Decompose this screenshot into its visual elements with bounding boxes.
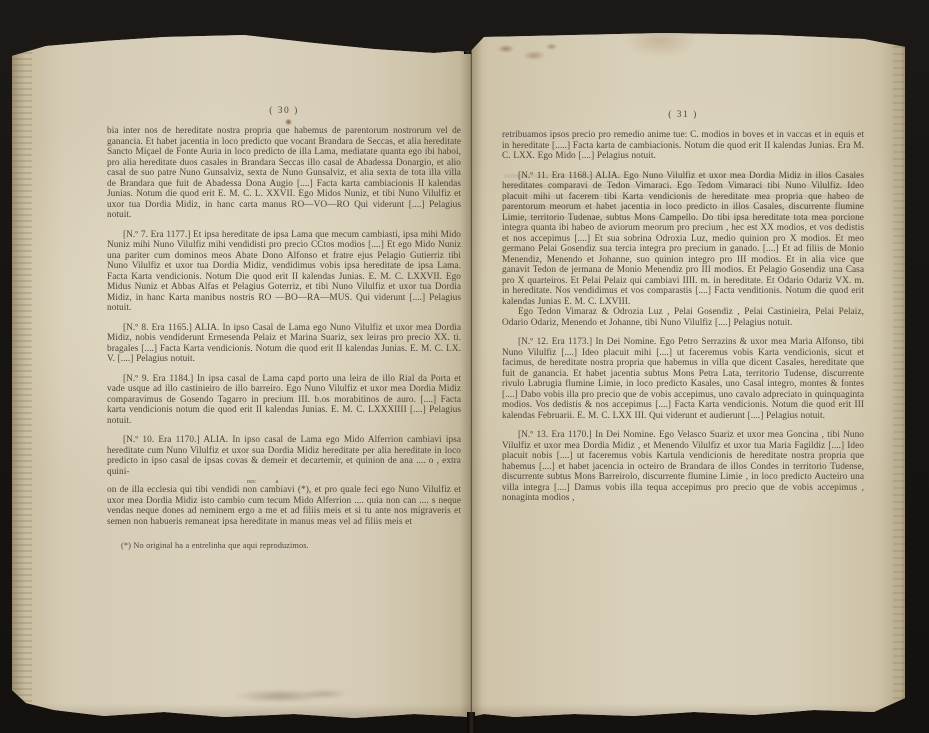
page-stack-left-edge [12,48,32,702]
charter-entry-10: [N.º 10. Era 1170.] ALIA. In ipso casal … [107,435,461,477]
charter-continuation: retribuamos ipsos precio pro remedio ani… [502,130,864,162]
page-bottom-edge-shadow [12,704,470,720]
photo-background: ( 30 ) bia inter nos de hereditate nostr… [0,0,929,733]
right-page-number: ( 31 ) [502,110,864,120]
charter-continuation: bia inter nos de hereditate nostra propr… [107,126,461,221]
charter-entry-13: [N.º 13. Era 1170.] In Dei Nomine. Ego V… [502,430,864,504]
open-book: ( 30 ) bia inter nos de hereditate nostr… [12,22,905,720]
left-page-number: ( 30 ) [107,106,461,116]
charter-entry-11-witnesses: Ego Tedon Vimaraz & Odrozia Luz , Pelai … [502,307,864,328]
binding-cord-top [464,22,471,54]
charter-entry-7: [N.º 7. Era 1177.] Et ipsa hereditate de… [107,230,461,314]
charter-entry-11: [N.º 11. Era 1168.] ALIA. Ego Nuno Vilul… [502,171,864,308]
charter-entry-8: [N.º 8. Era 1165.] ALIA. In ipso Casal d… [107,323,461,365]
footnote: (*) No original ha a entrelinha que aqui… [107,541,461,551]
charter-entry-12: [N.º 12. Era 1173.] In Dei Nomine. Ego P… [502,337,864,421]
right-page-text-column: ( 31 ) retribuamos ipsos precio pro reme… [502,110,864,504]
page-top-edge-shadow [470,22,905,36]
binding-cord-top [455,22,459,48]
charter-entry-10-continuation: on de illa ecclesia qui tibi vendidi non… [107,485,461,527]
page-top-edge-shadow [12,22,470,36]
charter-entry-9: [N.º 9. Era 1184.] In ipsa casal de Lama… [107,374,461,427]
right-page-body: retribuamos ipsos precio pro remedio ani… [502,130,864,504]
page-stack-right-edge [893,34,905,706]
left-page-text-column: ( 30 ) bia inter nos de hereditate nostr… [107,106,461,551]
page-bottom-edge-shadow [470,704,905,720]
binding-cord-bottom [467,712,475,733]
left-page-body: bia inter nos de hereditate nostra propr… [107,126,461,527]
gutter-crease-line [471,28,472,718]
